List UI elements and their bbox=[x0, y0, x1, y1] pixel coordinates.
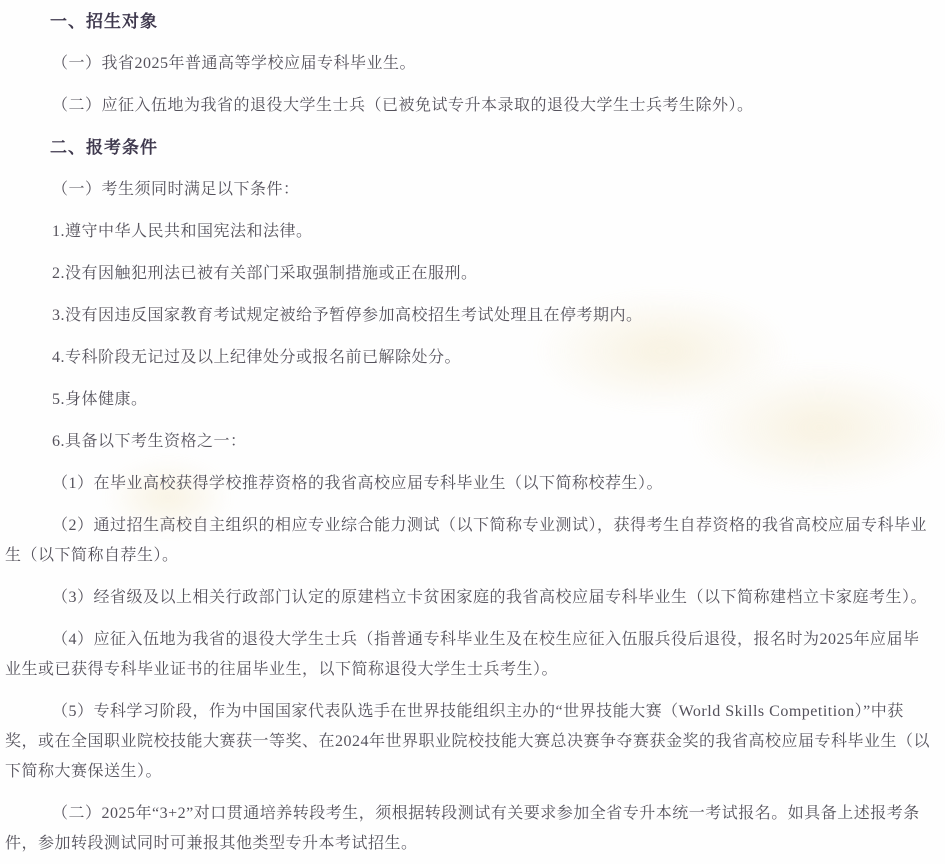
para-qualification-4-veteran-soldier: （4）应征入伍地为我省的退役大学生士兵（指普通专科毕业生及在校生应征入伍服兵役后… bbox=[5, 625, 931, 685]
document-content: 一、招生对象 （一）我省2025年普通高等学校应届专科毕业生。 （二）应征入伍地… bbox=[0, 0, 945, 859]
para-condition-5-health: 5.身体健康。 bbox=[5, 385, 931, 415]
para-condition-1-constitution: 1.遵守中华人民共和国宪法和法律。 bbox=[5, 217, 931, 247]
para-qualification-2-self-recommended: （2）通过招生高校自主组织的相应专业综合能力测试（以下简称专业测试），获得考生自… bbox=[5, 511, 931, 571]
para-3plus2-transfer-candidates: （二）2025年“3+2”对口贯通培养转段考生，须根据转段测试有关要求参加全省专… bbox=[5, 799, 931, 859]
section-heading-enrollment-targets: 一、招生对象 bbox=[5, 7, 931, 37]
para-target-fresh-graduates: （一）我省2025年普通高等学校应届专科毕业生。 bbox=[5, 49, 931, 79]
document-page: 一、招生对象 （一）我省2025年普通高等学校应届专科毕业生。 （二）应征入伍地… bbox=[0, 0, 945, 864]
para-qualification-1-school-recommended: （1）在毕业高校获得学校推荐资格的我省高校应届专科毕业生（以下简称校荐生）。 bbox=[5, 469, 931, 499]
para-qualification-5-skills-competition: （5）专科学习阶段，作为中国国家代表队选手在世界技能组织主办的“世界技能大赛（W… bbox=[5, 697, 931, 787]
para-condition-2-criminal: 2.没有因触犯刑法已被有关部门采取强制措施或正在服刑。 bbox=[5, 259, 931, 289]
para-condition-4-discipline: 4.专科阶段无记过及以上纪律处分或报名前已解除处分。 bbox=[5, 343, 931, 373]
section-heading-application-conditions: 二、报考条件 bbox=[5, 133, 931, 163]
para-condition-6-qualifications-intro: 6.具备以下考生资格之一： bbox=[5, 427, 931, 457]
para-conditions-intro: （一）考生须同时满足以下条件： bbox=[5, 175, 931, 205]
para-qualification-3-registered-poor-family: （3）经省级及以上相关行政部门认定的原建档立卡贫困家庭的我省高校应届专科毕业生（… bbox=[5, 583, 931, 613]
para-condition-3-exam-rules: 3.没有因违反国家教育考试规定被给予暂停参加高校招生考试处理且在停考期内。 bbox=[5, 301, 931, 331]
para-target-veteran-soldiers: （二）应征入伍地为我省的退役大学生士兵（已被免试专升本录取的退役大学生士兵考生除… bbox=[5, 91, 931, 121]
